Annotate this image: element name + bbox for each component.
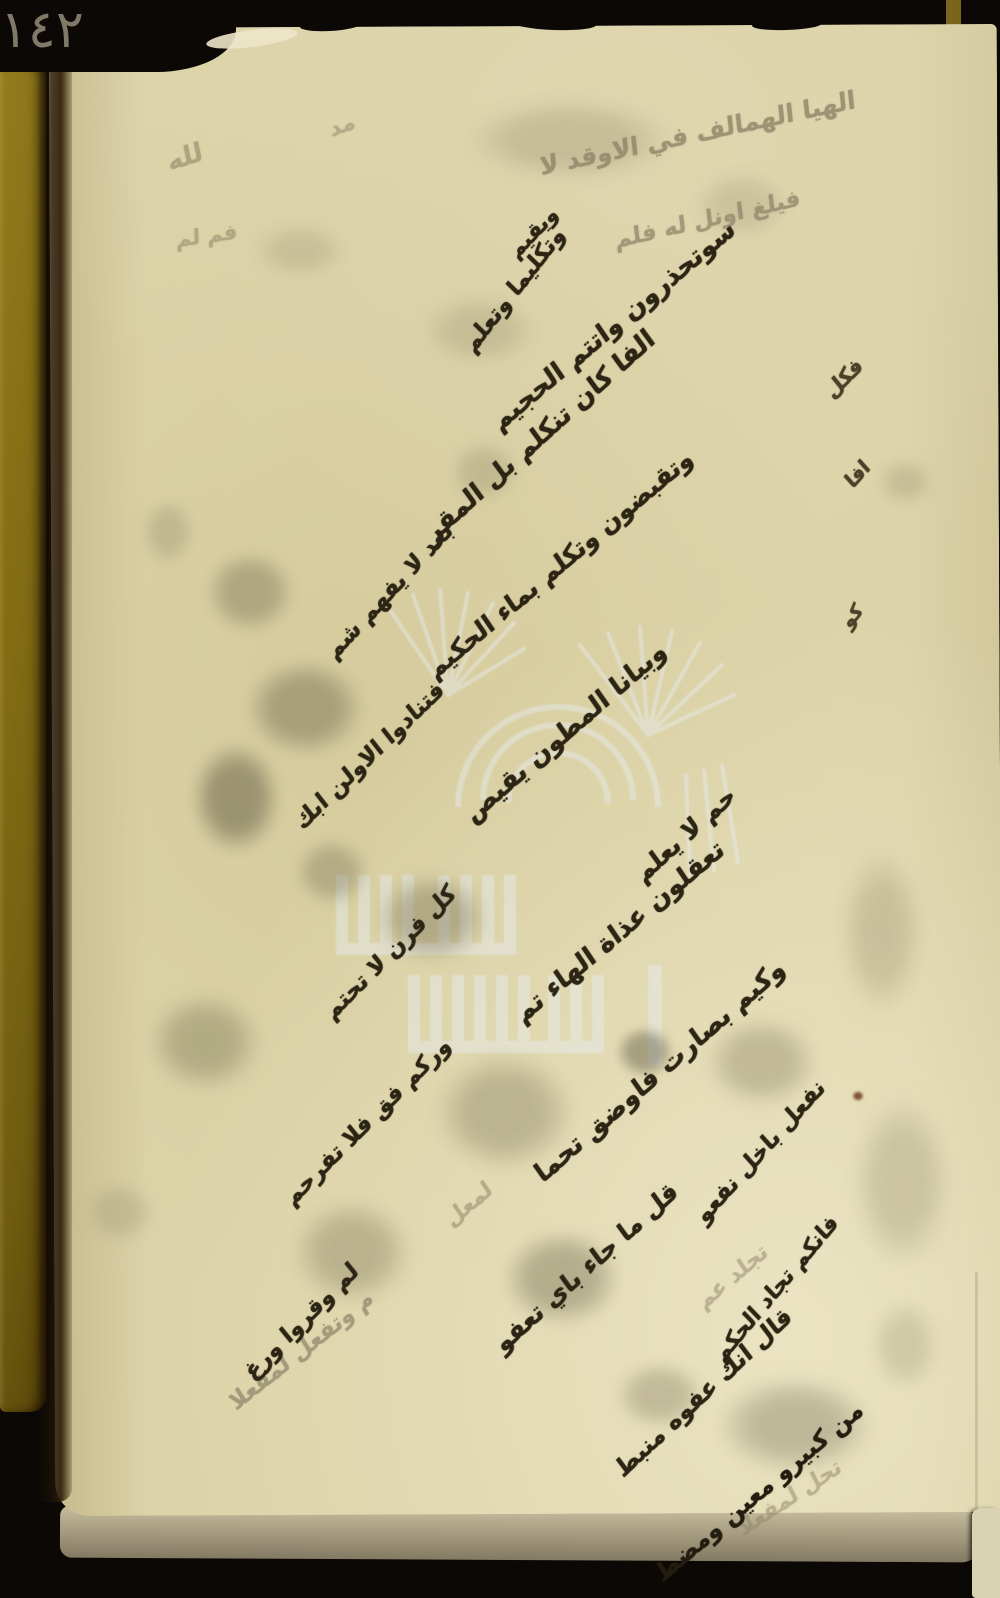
gutter-shadow: [38, 38, 72, 1502]
page-crease: [975, 1272, 978, 1510]
cover-top-tab: [946, 0, 961, 27]
watermark-rays-icon: [388, 589, 738, 875]
photo-background-corner: [0, 0, 236, 72]
watermark-kufic-text: [336, 875, 662, 1065]
watermark-arcs-icon: [458, 707, 658, 807]
manuscript-photo: { "document": { "kind": "arabic-manuscri…: [0, 0, 1000, 1598]
adjacent-page-edge: [972, 1508, 1000, 1598]
library-watermark: [318, 545, 778, 1085]
